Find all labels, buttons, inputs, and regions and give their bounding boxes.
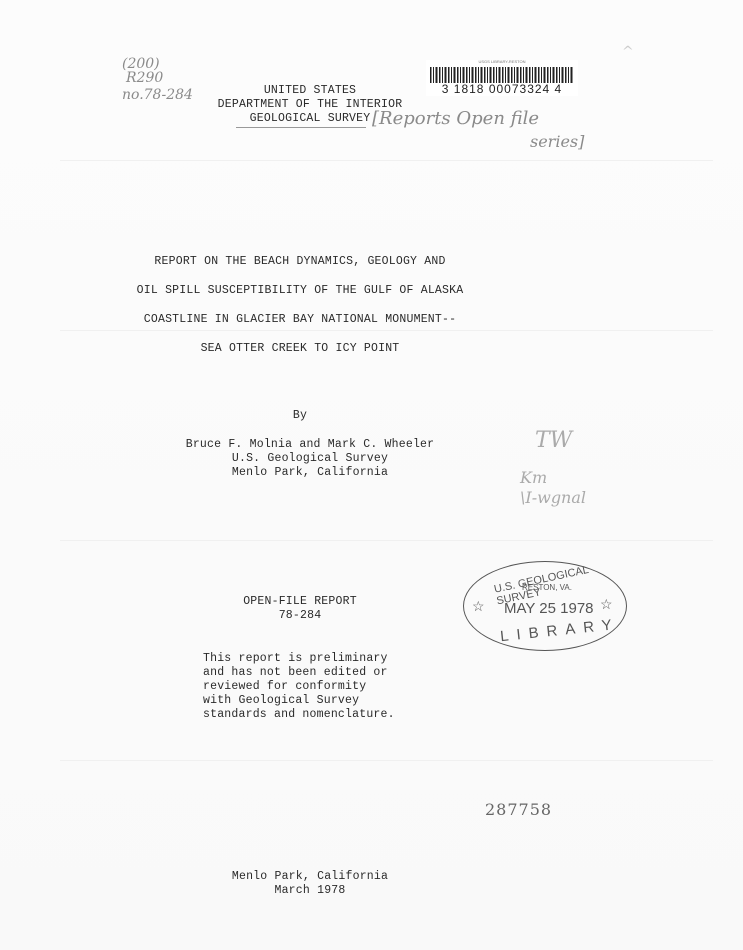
stamp-library: LIBRARY — [499, 616, 620, 645]
stamp-date: MAY 25 1978 — [504, 600, 594, 617]
header-line-1: UNITED STATES — [200, 84, 420, 97]
disclaimer-line: and has not been edited or — [203, 666, 388, 679]
barcode-label: USGS LIBRARY-RESTON — [426, 59, 578, 64]
author-location: Menlo Park, California — [150, 466, 470, 479]
handwritten-underline — [236, 127, 366, 128]
library-barcode: USGS LIBRARY-RESTON 3 1818 00073324 4 — [426, 60, 578, 96]
report-number: 78-284 — [210, 609, 390, 622]
title-line-2: OIL SPILL SUSCEPTIBILITY OF THE GULF OF … — [100, 284, 500, 297]
bleed-through-line — [60, 540, 713, 541]
title-line-3: COASTLINE IN GLACIER BAY NATIONAL MONUME… — [100, 313, 500, 326]
handwritten-initials: Km — [520, 468, 547, 487]
title-line-1: REPORT ON THE BEACH DYNAMICS, GEOLOGY AN… — [100, 255, 500, 268]
star-icon: ☆ — [600, 596, 613, 613]
library-received-stamp: U.S. GEOLOGICAL SURVEY RESTON, VA. ☆ ☆ M… — [463, 561, 627, 651]
handwritten-initials: TW — [535, 428, 572, 453]
author-affiliation: U.S. Geological Survey — [150, 452, 470, 465]
document-page: (200) R290 no.78-284 UNITED STATES DEPAR… — [0, 0, 743, 950]
accession-number: 287758 — [485, 800, 552, 819]
by-label: By — [200, 409, 400, 422]
footer-date: March 1978 — [180, 884, 440, 897]
barcode-bars — [430, 67, 574, 83]
handwritten-call-number: R290 — [126, 70, 163, 86]
caret-mark: ^ — [622, 44, 634, 60]
disclaimer-line: with Geological Survey — [203, 694, 359, 707]
handwritten-call-number: no.78-284 — [122, 87, 193, 103]
bleed-through-line — [60, 760, 713, 761]
bleed-through-line — [60, 330, 713, 331]
handwritten-initials: \I-wgnal — [520, 488, 586, 507]
disclaimer-line: reviewed for conformity — [203, 680, 366, 693]
bleed-through-line — [60, 160, 713, 161]
disclaimer-line: standards and nomenclature. — [203, 708, 395, 721]
handwritten-series-note: series] — [530, 132, 584, 151]
disclaimer-line: This report is preliminary — [203, 652, 388, 665]
author-names: Bruce F. Molnia and Mark C. Wheeler — [150, 438, 470, 451]
handwritten-series-note: [Reports Open file — [372, 108, 539, 129]
report-type: OPEN-FILE REPORT — [210, 595, 390, 608]
stamp-city: RESTON, VA. — [522, 583, 572, 592]
barcode-number: 3 1818 00073324 4 — [426, 82, 578, 96]
title-line-4: SEA OTTER CREEK TO ICY POINT — [100, 342, 500, 355]
footer-place: Menlo Park, California — [180, 870, 440, 883]
star-icon: ☆ — [472, 598, 485, 615]
